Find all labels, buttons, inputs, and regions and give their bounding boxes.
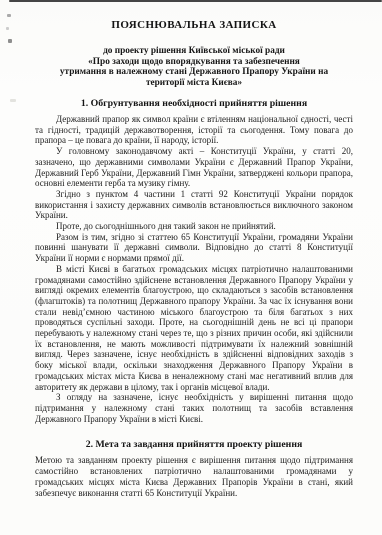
section-2-paragraph: Метою та завданням проекту рішення є вир… xyxy=(35,455,353,498)
section-1-paragraph: В місті Києві в багатьох громадських міс… xyxy=(35,264,353,392)
document-title: ПОЯСНЮВАЛЬНА ЗАПИСКА xyxy=(35,19,353,31)
subtitle-line: утримання в належному стані Державного П… xyxy=(35,67,353,78)
section-1-paragraph: Державний прапор як символ країни є втіл… xyxy=(35,114,353,146)
margin-speck xyxy=(8,39,12,43)
section-1-paragraph: Проте, до сьогоднішнього дня такий закон… xyxy=(35,221,353,232)
section-1-paragraph: Разом із тим, згідно зі статтею 65 Конст… xyxy=(35,232,353,264)
subtitle-line: до проекту рішення Київської міської рад… xyxy=(35,46,353,57)
scanned-document-page: ПОЯСНЮВАЛЬНА ЗАПИСКА до проекту рішення … xyxy=(0,0,382,535)
section-1-heading: 1. Обгрунтування необхідності прийняття … xyxy=(35,98,353,109)
section-1-paragraph: Згідно з пунктом 4 частини 1 статті 92 К… xyxy=(35,189,353,221)
margin-speck xyxy=(7,14,11,17)
document-subtitle: до проекту рішення Київської міської рад… xyxy=(35,46,353,88)
section-2-heading: 2. Мета та завдання прийняття проекту рі… xyxy=(35,439,353,450)
section-1-paragraph: З огляду на зазначене, існує необхідніст… xyxy=(35,392,353,424)
document-content: ПОЯСНЮВАЛЬНА ЗАПИСКА до проекту рішення … xyxy=(35,0,353,498)
margin-smudge xyxy=(10,99,16,102)
section-1-paragraph: У головному законодавчому акті – Констит… xyxy=(35,146,353,189)
subtitle-line: «Про заходи щодо впорядкування та забезп… xyxy=(35,57,353,68)
margin-speck xyxy=(6,27,9,30)
subtitle-line: території міста Києва» xyxy=(35,78,353,89)
